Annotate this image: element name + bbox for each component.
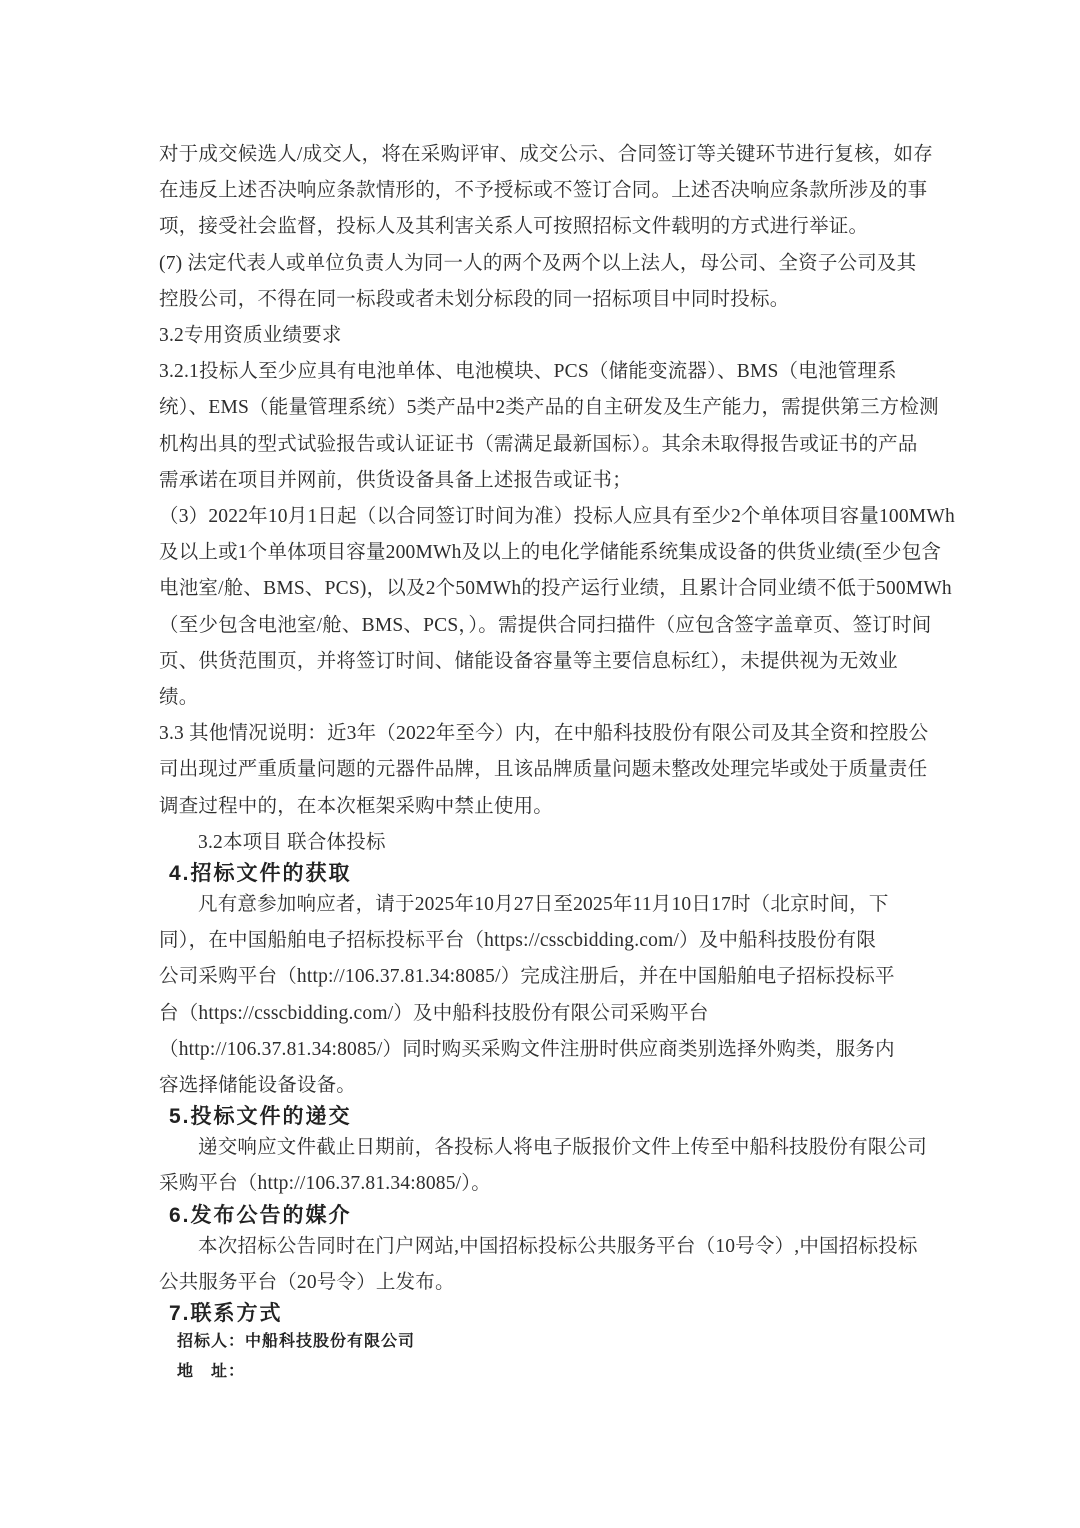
clause-3-2-1-line: 统）、EMS（能量管理系统）5类产品中2类产品的自主研发及生产能力，需提供第三方… — [159, 390, 940, 426]
supply-record-clause-line: 及以上或1个单体项目容量200MWh及以上的电化学储能系统集成设备的供货业绩(至… — [159, 535, 940, 571]
section-4-heading: 4.招标文件的获取 — [159, 861, 940, 887]
section-4-body-line: 台（https://csscbidding.com/）及中船科技股份有限公司采购… — [159, 996, 940, 1032]
supply-record-clause-line: 电池室/舱、BMS、PCS)，以及2个50MWh的投产运行业绩，且累计合同业绩不… — [159, 571, 940, 607]
section-6-heading: 6.发布公告的媒介 — [159, 1203, 940, 1229]
section-6-body-line: 本次招标公告同时在门户网站,中国招标投标公共服务平台（10号令）,中国招标投标 — [159, 1229, 940, 1265]
section-4-body-line: 容选择储能设备设备。 — [159, 1068, 940, 1104]
section-7-heading: 7.联系方式 — [159, 1301, 940, 1327]
address-line: 地 址： — [159, 1357, 940, 1387]
section-4-body-line: 同），在中国船舶电子招标投标平台（https://csscbidding.com… — [159, 923, 940, 959]
carryover-clause-line: 项，接受社会监督，投标人及其利害关系人可按照招标文件载明的方式进行举证。 — [159, 209, 940, 245]
bidder-name-line: 招标人：中船科技股份有限公司 — [159, 1327, 940, 1357]
supply-record-clause-line: 绩。 — [159, 680, 940, 716]
clause-3-2-1-line: 机构出具的型式试验报告或认证证书（需满足最新国标）。其余未取得报告或证书的产品 — [159, 427, 940, 463]
clause-3-3-line: 3.3 其他情况说明：近3年（2022年至今）内，在中船科技股份有限公司及其全资… — [159, 716, 940, 752]
section-3-2-title: 3.2专用资质业绩要求 — [159, 318, 940, 354]
clause-3-3-line: 调查过程中的，在本次框架采购中禁止使用。 — [159, 789, 940, 825]
legal-rep-clause-line: (7) 法定代表人或单位负责人为同一人的两个及两个以上法人，母公司、全资子公司及… — [159, 246, 940, 282]
carryover-clause-line: 对于成交候选人/成交人，将在采购评审、成交公示、合同签订等关键环节进行复核，如存 — [159, 137, 940, 173]
supply-record-clause-line: （至少包含电池室/舱、BMS、PCS，）。需提供合同扫描件（应包含签字盖章页、签… — [159, 608, 940, 644]
section-4-body-line: （http://106.37.81.34:8085/）同时购买采购文件注册时供应… — [159, 1032, 940, 1068]
section-6-body-line: 公共服务平台（20号令）上发布。 — [159, 1265, 940, 1301]
clause-3-2-1-line: 3.2.1投标人至少应具有电池单体、电池模块、PCS（储能变流器）、BMS（电池… — [159, 354, 940, 390]
clause-3-2-1-line: 需承诺在项目并网前，供货设备具备上述报告或证书； — [159, 463, 940, 499]
supply-record-clause-line: 页、供货范围页，并将签订时间、储能设备容量等主要信息标红），未提供视为无效业 — [159, 644, 940, 680]
document-page: 对于成交候选人/成交人，将在采购评审、成交公示、合同签订等关键环节进行复核，如存… — [0, 0, 1080, 1528]
clause-3-3-line: 司出现过严重质量问题的元器件品牌，且该品牌质量问题未整改处理完毕或处于质量责任 — [159, 752, 940, 788]
section-5-body-line: 递交响应文件截止日期前，各投标人将电子版报价文件上传至中船科技股份有限公司 — [159, 1130, 940, 1166]
supply-record-clause-line: （3）2022年10月1日起（以合同签订时间为准）投标人应具有至少2个单体项目容… — [159, 499, 940, 535]
section-4-body-line: 公司采购平台（http://106.37.81.34:8085/）完成注册后，并… — [159, 959, 940, 995]
joint-bid-line: 3.2本项目 联合体投标 — [159, 825, 940, 861]
legal-rep-clause-line: 控股公司，不得在同一标段或者未划分标段的同一招标项目中同时投标。 — [159, 282, 940, 318]
section-5-heading: 5.投标文件的递交 — [159, 1104, 940, 1130]
carryover-clause-line: 在违反上述否决响应条款情形的，不予授标或不签订合同。上述否决响应条款所涉及的事 — [159, 173, 940, 209]
section-5-body-line: 采购平台（http://106.37.81.34:8085/）。 — [159, 1166, 940, 1202]
section-4-body-line: 凡有意参加响应者，请于2025年10月27日至2025年11月10日17时（北京… — [159, 887, 940, 923]
